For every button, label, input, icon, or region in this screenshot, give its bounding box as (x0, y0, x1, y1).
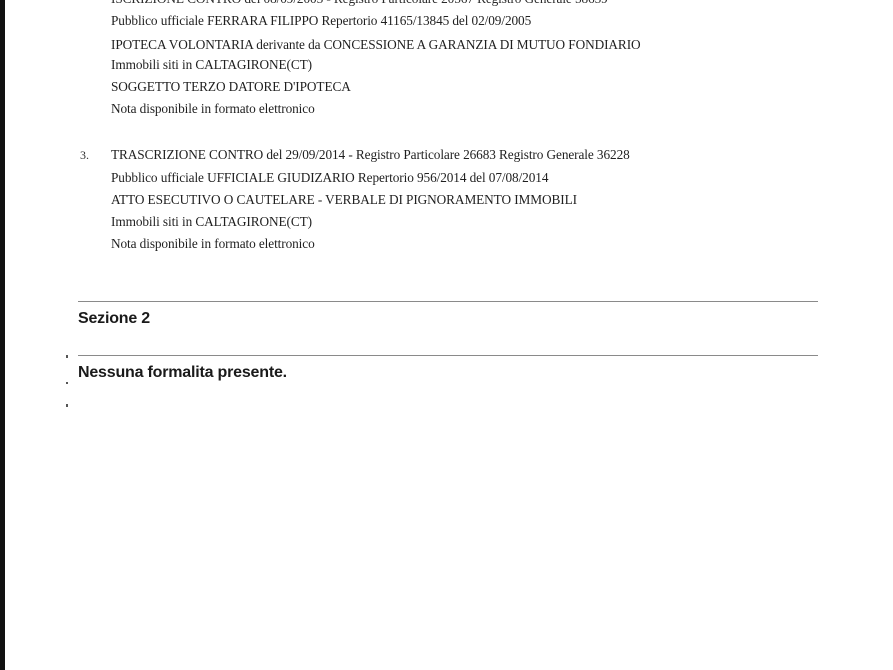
entry-act-type: ATTO ESECUTIVO O CAUTELARE - VERBALE DI … (111, 192, 577, 208)
entry-heading: ISCRIZIONE CONTRO del 08/09/2005 - Regis… (111, 0, 608, 7)
section-divider-bottom (78, 355, 818, 356)
scan-speck (66, 355, 68, 358)
entry-note-availability: Nota disponibile in formato elettronico (111, 101, 315, 117)
section-divider-top (78, 301, 818, 302)
entry-public-official: Pubblico ufficiale FERRARA FILIPPO Reper… (111, 13, 531, 29)
entry-property-location: Immobili siti in CALTAGIRONE(CT) (111, 57, 312, 73)
section-empty-note: Nessuna formalita presente. (78, 364, 287, 382)
entry-act-type: IPOTECA VOLONTARIA derivante da CONCESSI… (111, 37, 641, 53)
entry-property-location: Immobili siti in CALTAGIRONE(CT) (111, 214, 312, 230)
entry-number: 3. (80, 148, 89, 163)
scan-speck (66, 404, 68, 407)
section-title: Sezione 2 (78, 310, 150, 328)
entry-note-availability: Nota disponibile in formato elettronico (111, 236, 315, 252)
scan-edge-shadow (0, 0, 5, 670)
entry-subject: SOGGETTO TERZO DATORE D'IPOTECA (111, 79, 351, 95)
entry-public-official: Pubblico ufficiale UFFICIALE GIUDIZARIO … (111, 170, 548, 186)
scan-speck (66, 382, 68, 384)
entry-heading: TRASCRIZIONE CONTRO del 29/09/2014 - Reg… (111, 147, 630, 163)
